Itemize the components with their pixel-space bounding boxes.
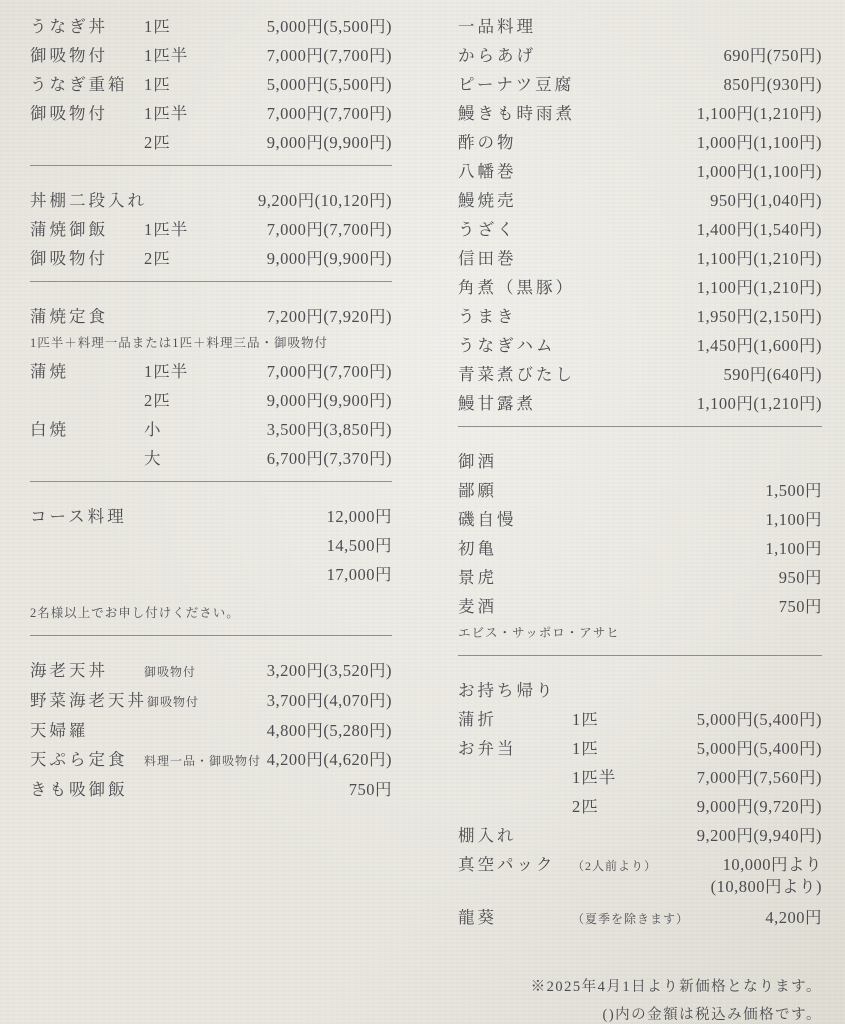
section-divider [458, 426, 822, 427]
menu-row: 角煮（黒豚） 1,100円(1,210円) [458, 273, 822, 302]
item-size: 1匹半 [144, 220, 188, 240]
menu-row: うまき 1,950円(2,150円) [458, 302, 822, 331]
menu-row: 蒲焼 1匹半 7,000円(7,700円) [30, 357, 392, 386]
item-price-group: 9,000円(9,900円) [267, 391, 392, 411]
item-name: 白焼 [30, 420, 144, 440]
item-name: 青菜煮びたし [458, 365, 575, 385]
item-price: 7,000円(7,560円) [697, 768, 822, 788]
item-price: 3,200円(3,520円) [267, 661, 392, 681]
section-divider [30, 635, 392, 636]
item-price: 7,000円(7,700円) [267, 220, 392, 240]
item-price: 9,000円(9,720円) [697, 797, 822, 817]
menu-section-takeout: お持ち帰り 蒲折 1匹 [458, 676, 822, 933]
menu-row: 海老天丼 御吸物付 3,200円(3,520円) [30, 656, 392, 686]
menu-section-sake: 御酒 鄙願 [458, 447, 822, 647]
item-name: うざく [458, 220, 572, 240]
item-price-group: 1,950円(2,150円) [697, 307, 822, 327]
menu-section-unagi-don: うなぎ丼 1匹 5,000円(5,500円) 御吸物付 1匹半 [30, 12, 392, 157]
section-divider [458, 655, 822, 656]
item-name: ピーナツ豆腐 [458, 75, 574, 95]
menu-row: 2匹 9,000円(9,900円) [30, 128, 392, 157]
item-name: 御酒 [458, 452, 572, 472]
item-name: からあげ [458, 46, 572, 66]
menu-row: 蒲折 1匹 5,000円(5,400円) [458, 705, 822, 734]
menu-row: 御吸物付 1匹半 7,000円(7,700円) [30, 99, 392, 128]
item-price-group: 12,000円 [327, 507, 392, 527]
item-price: 5,000円(5,500円) [267, 17, 392, 37]
item-size: 1匹 [144, 75, 171, 95]
item-price: 9,000円(9,900円) [267, 391, 392, 411]
item-price: 3,700円(4,070円) [267, 691, 392, 711]
item-price: 5,000円(5,400円) [697, 739, 822, 759]
item-price: 7,000円(7,700円) [267, 104, 392, 124]
item-price-group: 4,200円(4,620円) [267, 750, 392, 770]
menu-row: 1匹半＋料理一品または1匹＋料理三品・御吸物付 [30, 331, 392, 357]
item-name: お弁当 [458, 739, 572, 759]
item-price: 1,100円(1,210円) [697, 278, 822, 298]
item-price-group: 7,000円(7,700円) [267, 104, 392, 124]
menu-row: 蒲焼定食 7,200円(7,920円) [30, 302, 392, 331]
item-name: 真空パック [458, 855, 572, 875]
menu-row: 天婦羅 4,800円(5,280円) [30, 716, 392, 745]
price-footnote: ※2025年4月1日より新価格となります。 ()内の金額は税込み価格です。 [458, 973, 822, 1024]
item-price: 3,500円(3,850円) [267, 420, 392, 440]
item-price-group: 17,000円 [327, 565, 392, 585]
item-size: 1匹半 [144, 362, 188, 382]
menu-row: 鰻焼売 950円(1,040円) [458, 186, 822, 215]
item-price-group: 750円 [349, 780, 392, 800]
item-name: 角煮（黒豚） [458, 278, 575, 298]
menu-row: 龍葵 （夏季を除きます） 4,200円 [458, 903, 822, 933]
item-note: 1匹半＋料理一品または1匹＋料理三品・御吸物付 [30, 335, 328, 351]
item-name: 鰻焼売 [458, 191, 572, 211]
item-size: 小 [144, 420, 162, 440]
menu-row: 白焼 小 3,500円(3,850円) [30, 415, 392, 444]
item-price-group: 590円(640円) [724, 365, 823, 385]
item-price: 1,400円(1,540円) [697, 220, 822, 240]
item-price: 6,700円(7,370円) [267, 449, 392, 469]
menu-row: 蒲焼御飯 1匹半 7,000円(7,700円) [30, 215, 392, 244]
section-divider [30, 481, 392, 482]
item-name: 天ぷら定食 [30, 750, 144, 770]
item-size: 1匹半 [144, 104, 188, 124]
item-price-group: 14,500円 [327, 536, 392, 556]
item-price: 9,200円(9,940円) [697, 826, 822, 846]
item-price: 1,000円(1,100円) [697, 162, 822, 182]
menu-row: 信田巻 1,100円(1,210円) [458, 244, 822, 273]
item-price: 10,000円より [723, 855, 822, 875]
item-price-group: 3,200円(3,520円) [267, 661, 392, 681]
item-name: 磯自慢 [458, 510, 572, 530]
item-price-group: 4,200円 [765, 908, 822, 928]
menu-row: お持ち帰り [458, 676, 822, 705]
item-price-group: 7,200円(7,920円) [267, 307, 392, 327]
item-price-group: 4,800円(5,280円) [267, 721, 392, 741]
item-name: 御吸物付 [30, 249, 144, 269]
item-price-group: 9,200円(10,120円) [258, 191, 392, 211]
item-name: 御吸物付 [30, 46, 144, 66]
item-price: 12,000円 [327, 507, 392, 527]
item-price: 14,500円 [327, 536, 392, 556]
item-price-group: 9,000円(9,720円) [697, 797, 822, 817]
item-price-group: 1,400円(1,540円) [697, 220, 822, 240]
menu-row: うなぎ重箱 1匹 5,000円(5,500円) [30, 70, 392, 99]
item-price-group: 1,100円(1,210円) [697, 249, 822, 269]
item-size: 大 [144, 449, 162, 469]
item-name: 鰻甘露煮 [458, 394, 572, 414]
item-name: 龍葵 [458, 908, 572, 928]
item-name: 天婦羅 [30, 721, 144, 741]
item-price: 750円 [349, 780, 392, 800]
item-price-group: 850円(930円) [724, 75, 823, 95]
menu-row: 17,000円 [30, 560, 392, 589]
item-price: 1,100円(1,210円) [697, 394, 822, 414]
menu-row: 2匹 9,000円(9,720円) [458, 792, 822, 821]
item-price-group: 10,000円より (10,800円より) [711, 855, 822, 899]
item-price-group: 1,100円(1,210円) [697, 394, 822, 414]
item-price-group: 3,700円(4,070円) [267, 691, 392, 711]
item-price-group: 1,100円 [765, 510, 822, 530]
menu-row: 御吸物付 2匹 9,000円(9,900円) [30, 244, 392, 273]
item-price: 7,200円(7,920円) [267, 307, 392, 327]
item-annotation: （夏季を除きます） [572, 909, 689, 929]
item-name: 景虎 [458, 568, 572, 588]
item-price-group: 9,200円(9,940円) [697, 826, 822, 846]
item-price: 5,000円(5,500円) [267, 75, 392, 95]
item-price-group: 9,000円(9,900円) [267, 249, 392, 269]
footnote-line-1: ※2025年4月1日より新価格となります。 [458, 973, 822, 1001]
menu-row: 青菜煮びたし 590円(640円) [458, 360, 822, 389]
item-price-group: 5,000円(5,400円) [697, 739, 822, 759]
menu-row: 天ぷら定食 料理一品・御吸物付 4,200円(4,620円) [30, 745, 392, 775]
item-note: 2名様以上でお申し付けください。 [30, 605, 240, 621]
item-size: 2匹 [144, 133, 171, 153]
menu-row: 御吸物付 1匹半 7,000円(7,700円) [30, 41, 392, 70]
menu-section-nidan-ire: 丼棚二段入れ 9,200円(10,120円) 蒲焼御飯 1匹半 [30, 186, 392, 273]
menu-row: うざく 1,400円(1,540円) [458, 215, 822, 244]
menu-row: 一品料理 [458, 12, 822, 41]
item-price-group: 1,000円(1,100円) [697, 133, 822, 153]
section-divider [30, 165, 392, 166]
menu-section-tempura: 海老天丼 御吸物付 3,200円(3,520円) 野菜海老天丼 御吸物付 [30, 656, 392, 804]
item-name: 酢の物 [458, 133, 572, 153]
item-price: 950円(1,040円) [710, 191, 822, 211]
item-name: 八幡巻 [458, 162, 572, 182]
item-price: 1,950円(2,150円) [697, 307, 822, 327]
item-name: コース料理 [30, 507, 144, 527]
item-name: 蒲焼御飯 [30, 220, 144, 240]
item-name: お持ち帰り [458, 681, 572, 701]
menu-row: 野菜海老天丼 御吸物付 3,700円(4,070円) [30, 686, 392, 716]
menu-row: ピーナツ豆腐 850円(930円) [458, 70, 822, 99]
menu-page: うなぎ丼 1匹 5,000円(5,500円) 御吸物付 1匹半 [0, 0, 845, 1024]
item-annotation: 料理一品・御吸物付 [144, 751, 261, 771]
item-price: 1,100円(1,210円) [697, 249, 822, 269]
item-price: 750円 [779, 597, 822, 617]
item-price-group: 3,500円(3,850円) [267, 420, 392, 440]
item-price: 9,000円(9,900円) [267, 133, 392, 153]
item-size: 1匹 [572, 739, 599, 759]
item-name: きも吸御飯 [30, 780, 144, 800]
item-size: 1匹半 [144, 46, 188, 66]
item-name: うなぎ丼 [30, 17, 144, 37]
item-price: 1,100円(1,210円) [697, 104, 822, 124]
item-price-group: 750円 [779, 597, 822, 617]
item-size: 2匹 [572, 797, 599, 817]
menu-section-ippin-ryori: 一品料理 からあげ [458, 12, 822, 418]
menu-section-course: コース料理 12,000円 [30, 502, 392, 627]
menu-row: 棚入れ 9,200円(9,940円) [458, 821, 822, 850]
item-price-group: 7,000円(7,700円) [267, 220, 392, 240]
item-price-group: 9,000円(9,900円) [267, 133, 392, 153]
menu-column-left: うなぎ丼 1匹 5,000円(5,500円) 御吸物付 1匹半 [0, 12, 422, 1024]
item-price-group: 7,000円(7,700円) [267, 46, 392, 66]
menu-row: うなぎハム 1,450円(1,600円) [458, 331, 822, 360]
menu-row: 2名様以上でお申し付けください。 [30, 601, 392, 627]
item-price-group: 950円 [779, 568, 822, 588]
item-annotation: 御吸物付 [144, 662, 196, 682]
item-annotation: （2人前より） [572, 856, 657, 876]
menu-row: きも吸御飯 750円 [30, 775, 392, 804]
item-price-group: 6,700円(7,370円) [267, 449, 392, 469]
item-price: 1,450円(1,600円) [697, 336, 822, 356]
item-price: 1,000円(1,100円) [697, 133, 822, 153]
item-name: うまき [458, 307, 572, 327]
item-price-group: 1,450円(1,600円) [697, 336, 822, 356]
item-name: 鰻きも時雨煮 [458, 104, 575, 124]
item-price-group: 1,000円(1,100円) [697, 162, 822, 182]
item-name: 海老天丼 [30, 661, 144, 681]
item-price-group: 1,100円(1,210円) [697, 104, 822, 124]
item-price-group: 950円(1,040円) [710, 191, 822, 211]
menu-row: エビス・サッポロ・アサヒ [458, 621, 822, 647]
menu-section-kabayaki-teishoku: 蒲焼定食 7,200円(7,920円) 1匹半＋ [30, 302, 392, 473]
item-price-group: 1,500円 [765, 481, 822, 501]
item-name: 麦酒 [458, 597, 572, 617]
item-price: 9,200円(10,120円) [258, 191, 392, 211]
menu-column-right: 一品料理 からあげ [422, 12, 845, 1024]
menu-row: 麦酒 750円 [458, 592, 822, 621]
menu-row: コース料理 12,000円 [30, 502, 392, 531]
item-name: 棚入れ [458, 826, 572, 846]
item-price: 7,000円(7,700円) [267, 362, 392, 382]
menu-row: 初亀 1,100円 [458, 534, 822, 563]
item-name: 野菜海老天丼 [30, 691, 147, 711]
item-annotation: 御吸物付 [147, 692, 199, 712]
item-price: 5,000円(5,400円) [697, 710, 822, 730]
menu-row: 1匹半 7,000円(7,560円) [458, 763, 822, 792]
item-price-group: 5,000円(5,500円) [267, 17, 392, 37]
menu-row: 14,500円 [30, 531, 392, 560]
menu-row: 大 6,700円(7,370円) [30, 444, 392, 473]
item-price: 1,100円 [765, 539, 822, 559]
menu-row: 鰻甘露煮 1,100円(1,210円) [458, 389, 822, 418]
item-name: 鄙願 [458, 481, 572, 501]
item-name: 丼棚二段入れ [30, 191, 147, 211]
item-price: 1,100円 [765, 510, 822, 530]
menu-row: 鄙願 1,500円 [458, 476, 822, 505]
item-name: うなぎ重箱 [30, 75, 144, 95]
item-name: 信田巻 [458, 249, 572, 269]
item-price: 1,500円 [765, 481, 822, 501]
item-price: 17,000円 [327, 565, 392, 585]
item-price: 850円(930円) [724, 75, 823, 95]
menu-row: うなぎ丼 1匹 5,000円(5,500円) [30, 12, 392, 41]
section-divider [30, 281, 392, 282]
item-name: 一品料理 [458, 17, 572, 37]
item-name: 初亀 [458, 539, 572, 559]
item-size: 1匹半 [572, 768, 616, 788]
menu-row: お弁当 1匹 5,000円(5,400円) [458, 734, 822, 763]
item-name: うなぎハム [458, 336, 572, 356]
item-price-group: 7,000円(7,560円) [697, 768, 822, 788]
item-size: 2匹 [144, 391, 171, 411]
item-size: 2匹 [144, 249, 171, 269]
item-price-group: 5,000円(5,500円) [267, 75, 392, 95]
menu-row: 御酒 [458, 447, 822, 476]
item-name: 御吸物付 [30, 104, 144, 124]
item-price-group: 690円(750円) [724, 46, 823, 66]
item-size: 1匹 [572, 710, 599, 730]
item-name: 蒲焼定食 [30, 307, 144, 327]
menu-row: 景虎 950円 [458, 563, 822, 592]
item-price-group: 5,000円(5,400円) [697, 710, 822, 730]
item-note: エビス・サッポロ・アサヒ [458, 625, 620, 641]
menu-row: 磯自慢 1,100円 [458, 505, 822, 534]
footnote-line-2: ()内の金額は税込み価格です。 [458, 1001, 822, 1024]
menu-row: 真空パック （2人前より） 10,000円より (10,800円より) [458, 850, 822, 903]
item-price-taxed: (10,800円より) [711, 875, 822, 899]
item-price: 690円(750円) [724, 46, 823, 66]
menu-row: 鰻きも時雨煮 1,100円(1,210円) [458, 99, 822, 128]
item-size: 1匹 [144, 17, 171, 37]
item-name: 蒲焼 [30, 362, 144, 382]
item-price: 4,800円(5,280円) [267, 721, 392, 741]
menu-row: 八幡巻 1,000円(1,100円) [458, 157, 822, 186]
item-price: 950円 [779, 568, 822, 588]
menu-row: 2匹 9,000円(9,900円) [30, 386, 392, 415]
item-price-group: 7,000円(7,700円) [267, 362, 392, 382]
item-price-group: 1,100円(1,210円) [697, 278, 822, 298]
item-price: 7,000円(7,700円) [267, 46, 392, 66]
item-price: 590円(640円) [724, 365, 823, 385]
item-price: 4,200円 [765, 908, 822, 928]
item-name: 蒲折 [458, 710, 572, 730]
item-price-group: 1,100円 [765, 539, 822, 559]
menu-row: 酢の物 1,000円(1,100円) [458, 128, 822, 157]
menu-row: 丼棚二段入れ 9,200円(10,120円) [30, 186, 392, 215]
item-price: 4,200円(4,620円) [267, 750, 392, 770]
item-price: 9,000円(9,900円) [267, 249, 392, 269]
menu-row: からあげ 690円(750円) [458, 41, 822, 70]
